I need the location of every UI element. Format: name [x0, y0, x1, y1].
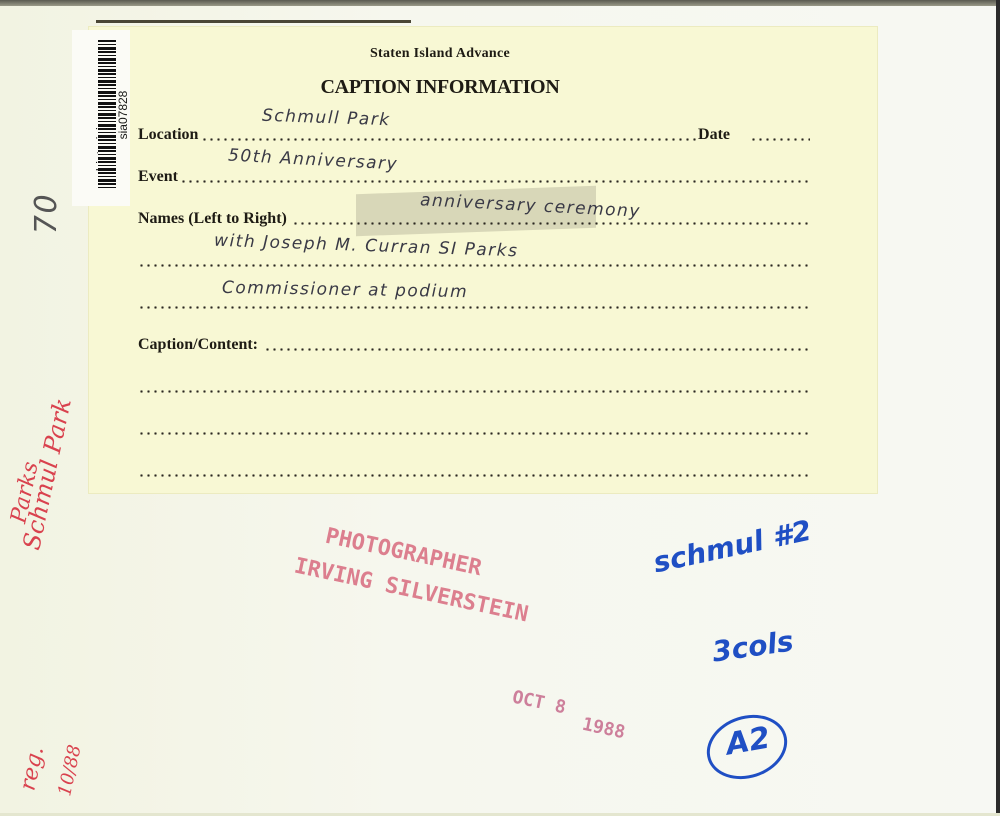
names-label: Names (Left to Right)	[138, 210, 291, 228]
form-title: CAPTION INFORMATION	[0, 76, 880, 99]
handwritten-names-3: Commissioner at podium	[222, 278, 468, 302]
dotted-line	[138, 180, 810, 183]
publisher-name: Staten Island Advance	[0, 46, 880, 62]
caption-row: Caption/Content:	[138, 330, 810, 354]
dotted-line	[138, 306, 810, 309]
barcode-icon	[98, 40, 116, 190]
dotted-line	[138, 390, 810, 393]
caption-row-2	[138, 372, 810, 396]
location-row: Location Date	[138, 120, 810, 144]
dotted-line	[750, 138, 810, 141]
location-label: Location	[138, 126, 202, 144]
card-top-line	[96, 20, 411, 23]
caption-row-3	[138, 414, 810, 438]
dotted-line	[138, 474, 810, 477]
margin-number: 70	[29, 193, 64, 234]
event-label: Event	[138, 168, 182, 186]
right-edge	[996, 0, 1000, 816]
dotted-line	[138, 264, 810, 267]
dotted-line	[138, 432, 810, 435]
caption-row-4	[138, 456, 810, 480]
top-edge	[0, 0, 1000, 6]
date-label: Date	[696, 126, 732, 144]
caption-label: Caption/Content:	[138, 336, 262, 354]
dotted-line	[138, 138, 724, 141]
